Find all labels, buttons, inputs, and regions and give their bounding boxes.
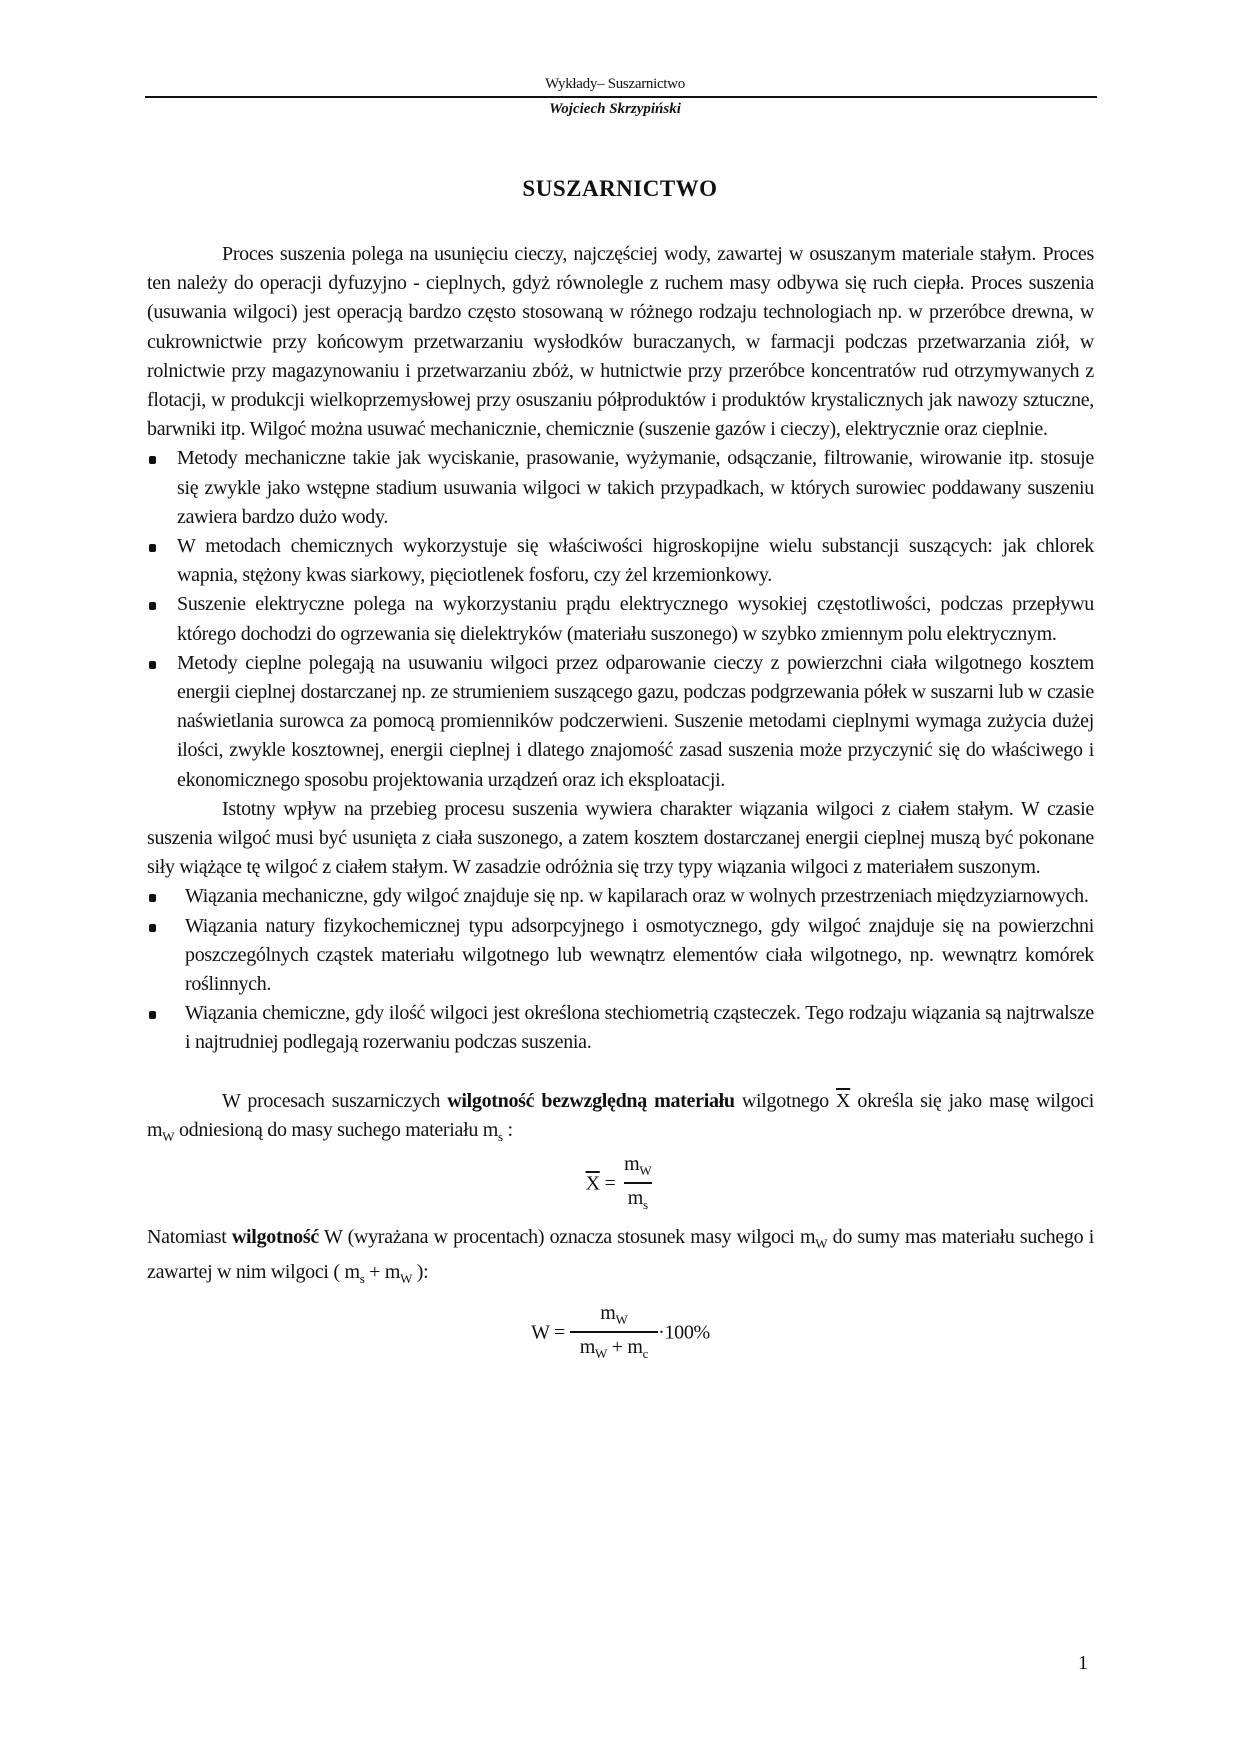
plus-sign: + (607, 1336, 627, 1358)
symbol-m: m (385, 1261, 400, 1283)
formula-lhs: W (531, 1321, 549, 1343)
subscript: s (643, 1197, 648, 1212)
list-item-text: Metody cieplne polegają na usuwaniu wilg… (177, 652, 1094, 791)
document-body: Proces suszenia polega na usunięciu ciec… (147, 240, 1094, 1372)
percent-factor: ·100% (658, 1321, 710, 1343)
text: Natomiast (147, 1226, 232, 1248)
symbol-m: m (627, 1336, 642, 1358)
fraction: mW mW + mc (570, 1302, 658, 1366)
header-title-text: Wykłady– Suszarnictwo (545, 76, 685, 92)
symbol-w: W (319, 1226, 348, 1248)
text: wilgotnego (735, 1090, 836, 1112)
bullet-icon (149, 456, 156, 464)
list-item-text: Suszenie elektryczne polega na wykorzyst… (177, 593, 1094, 644)
bullet-icon (149, 661, 156, 669)
binding-types-list: Wiązania mechaniczne, gdy wilgoć znajduj… (147, 882, 1094, 1057)
denominator: ms (624, 1182, 652, 1217)
symbol-m: m (624, 1153, 639, 1175)
symbol-m: m (580, 1336, 595, 1358)
bullet-icon (149, 924, 156, 932)
running-header-author: Wojciech Skrzypiński (0, 101, 1110, 118)
symbol-m: m (483, 1119, 498, 1141)
list-item: Wiązania natury fizykochemicznej typu ad… (147, 912, 1094, 1000)
formula-absolute-moisture: X = mW ms (147, 1153, 1094, 1217)
text: W procesach suszarniczych (222, 1090, 447, 1112)
subscript: W (815, 1236, 827, 1251)
symbol-m: m (344, 1261, 359, 1283)
list-item-text: Wiązania natury fizykochemicznej typu ad… (185, 915, 1094, 995)
list-item: Wiązania mechaniczne, gdy wilgoć znajduj… (147, 882, 1094, 911)
absolute-moisture-paragraph: W procesach suszarniczych wilgotność bez… (147, 1087, 1094, 1151)
equals-sign: = (600, 1173, 620, 1195)
text: : (503, 1119, 513, 1141)
relative-moisture-paragraph: Natomiast wilgotność W (wyrażana w proce… (147, 1223, 1094, 1293)
text: odniesioną do masy suchego materiału (174, 1119, 483, 1141)
numerator: mW (596, 1302, 631, 1331)
bullet-icon (149, 1011, 156, 1019)
bullet-icon (149, 602, 156, 610)
symbol-m: m (600, 1302, 615, 1324)
fraction: mW ms (620, 1153, 655, 1217)
page-number: 1 (1078, 1652, 1088, 1675)
list-item: W metodach chemicznych wykorzystuje się … (147, 532, 1094, 590)
subscript: W (639, 1163, 651, 1178)
symbol-m: m (800, 1226, 815, 1248)
bold-term: wilgotność (232, 1226, 319, 1248)
list-item-text: Metody mechaniczne takie jak wyciskanie,… (177, 447, 1094, 527)
bullet-icon (149, 894, 156, 902)
header-author-text: Wojciech Skrzypiński (549, 101, 681, 117)
drying-methods-list: Metody mechaniczne takie jak wyciskanie,… (147, 444, 1094, 794)
list-item-text: Wiązania chemiczne, gdy ilość wilgoci je… (185, 1002, 1094, 1053)
subscript: W (400, 1271, 412, 1286)
list-item-text: W metodach chemicznych wykorzystuje się … (177, 535, 1094, 586)
symbol-m: m (628, 1187, 643, 1209)
header-divider (145, 96, 1097, 98)
subscript: c (643, 1346, 648, 1361)
symbol-x-bar: X (836, 1090, 850, 1112)
list-item: Suszenie elektryczne polega na wykorzyst… (147, 590, 1094, 648)
subscript: W (162, 1129, 174, 1144)
numerator: mW (620, 1153, 655, 1182)
subscript: W (616, 1312, 628, 1327)
formula-lhs: X (586, 1173, 600, 1195)
bold-term: wilgotność bezwzględną materiału (447, 1090, 735, 1112)
symbol-m: m (147, 1119, 162, 1141)
binding-paragraph: Istotny wpływ na przebieg procesu suszen… (147, 795, 1094, 883)
plus-sign: + (364, 1261, 384, 1283)
spacer (147, 1058, 1094, 1087)
formula-relative-moisture: W = mW mW + mc ·100% (147, 1302, 1094, 1366)
text: (wyrażana w procentach) oznacza stosunek… (348, 1226, 800, 1248)
bullet-icon (149, 544, 156, 552)
list-item: Metody cieplne polegają na usuwaniu wilg… (147, 649, 1094, 795)
denominator: mW + mc (570, 1331, 658, 1366)
list-item: Wiązania chemiczne, gdy ilość wilgoci je… (147, 999, 1094, 1057)
text: określa się jako masę wilgoci (850, 1090, 1094, 1112)
document-title: SUSZARNICTWO (0, 176, 1240, 202)
list-item-text: Wiązania mechaniczne, gdy wilgoć znajduj… (185, 885, 1089, 907)
running-header-title: Wykłady– Suszarnictwo (0, 76, 1110, 93)
intro-paragraph: Proces suszenia polega na usunięciu ciec… (147, 240, 1094, 444)
list-item: Metody mechaniczne takie jak wyciskanie,… (147, 444, 1094, 532)
equals-sign: = (549, 1321, 569, 1343)
text: ): (412, 1261, 428, 1283)
subscript: W (595, 1346, 607, 1361)
